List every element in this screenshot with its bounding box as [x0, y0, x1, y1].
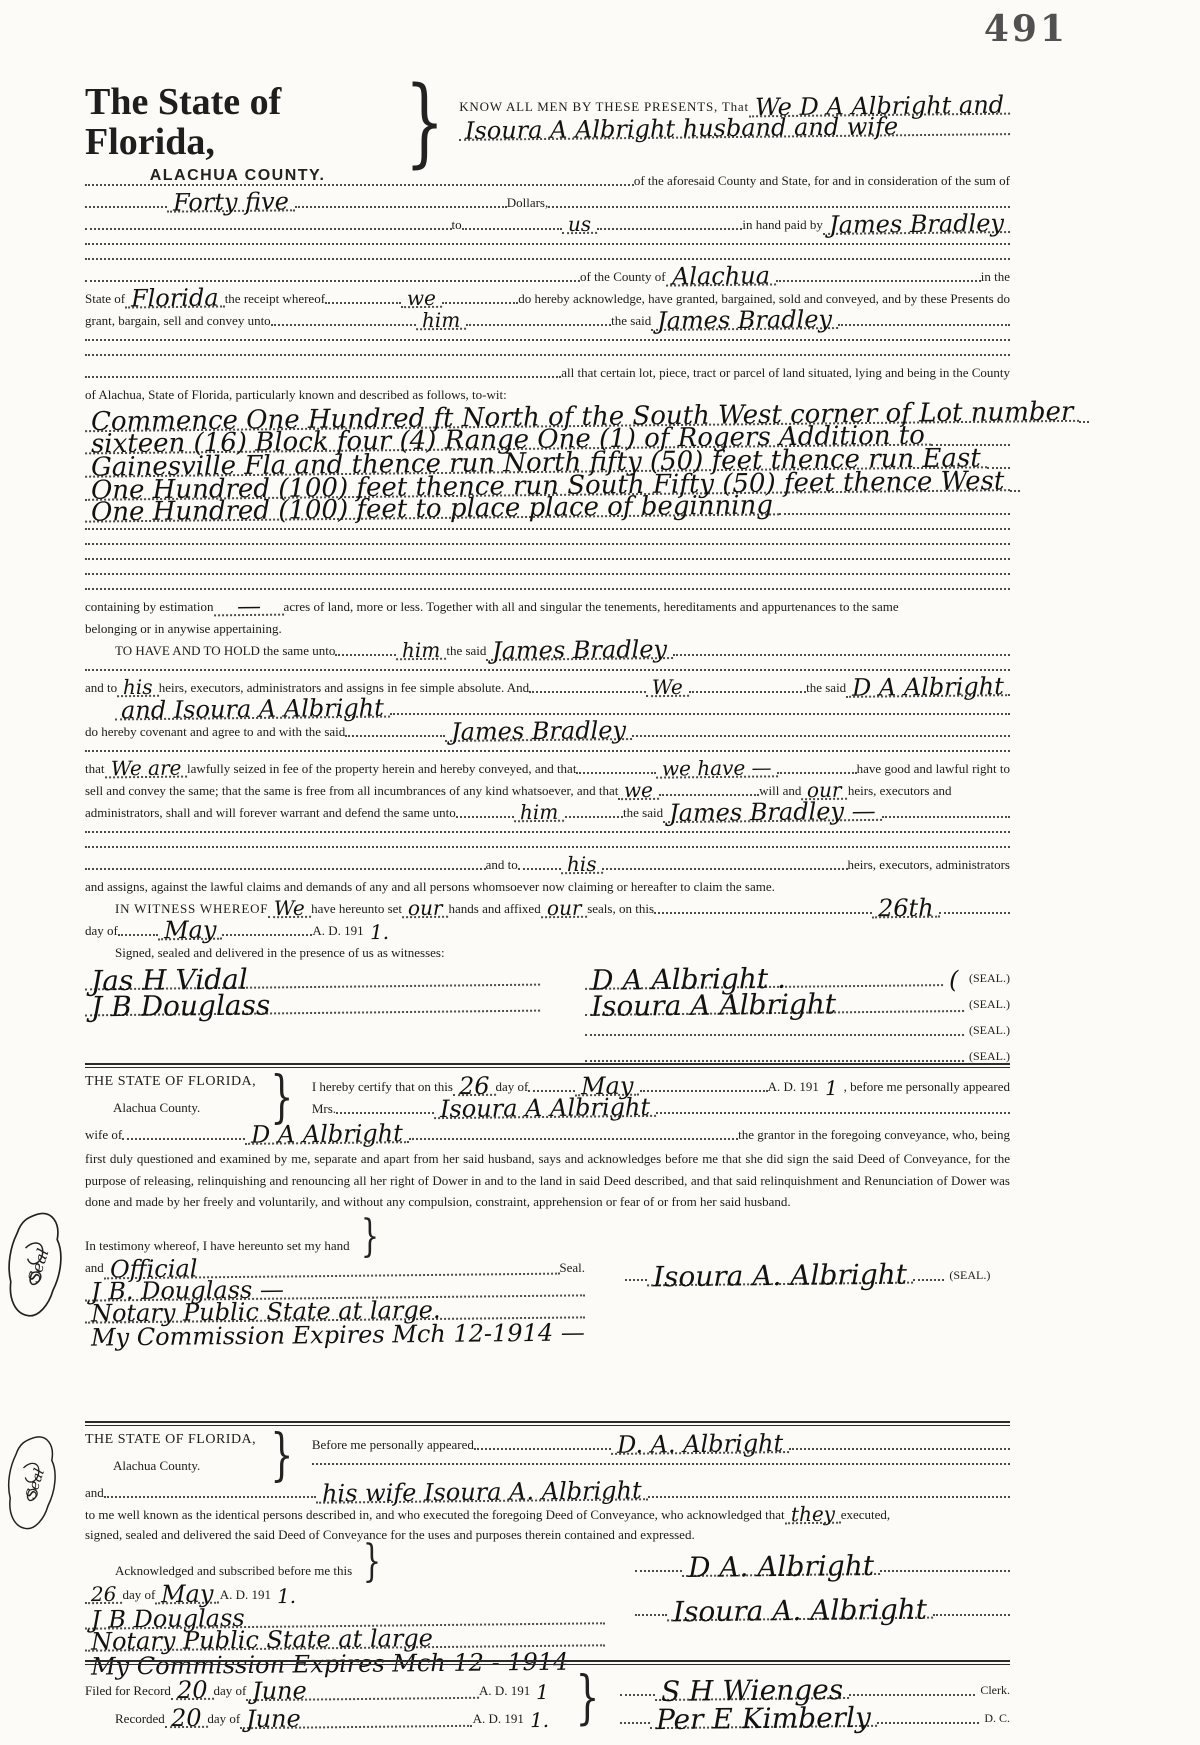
commission-handwriting: My Commission Expires Mch 12-1914 — — [85, 1326, 591, 1345]
form-line: In testimony whereof, I have hereunto se… — [85, 1219, 585, 1255]
printed-text: Signed, sealed and delivered in the pres… — [115, 945, 445, 962]
handwritten-entry: we — [618, 784, 659, 800]
printed-text: Seal. — [559, 1260, 585, 1277]
handwritten-entry: him — [416, 314, 466, 331]
seal-label: (SEAL.) — [944, 1268, 990, 1285]
printed-text: of the County of — [580, 269, 666, 286]
seal-label: (SEAL.) — [964, 971, 1010, 988]
witness-signature-area: Jas H Vidal — [85, 972, 540, 988]
form-line: TO HAVE AND TO HOLD the same unto him th… — [85, 638, 1010, 660]
printed-text: hands and affixed — [449, 901, 541, 918]
form-line: Before me personally appeared D. A. Albr… — [312, 1432, 1010, 1454]
dotted-line — [632, 735, 1010, 737]
signature-line: Isoura A. Albright — [635, 1598, 1010, 1620]
dotted-line — [85, 206, 167, 208]
dotted-line — [620, 1694, 655, 1696]
form-line: and his wife Isoura A. Albright — [85, 1480, 1010, 1502]
notary-title-line: Notary Public State at large — [85, 1627, 605, 1649]
printed-text: the said — [446, 643, 486, 660]
notary-title-line: Notary Public State at large. — [85, 1299, 585, 1321]
printed-text: A. D. 191 — [473, 1711, 524, 1728]
clerk-label: Clerk. — [975, 1683, 1010, 1700]
dotted-line — [442, 302, 518, 304]
form-line: Mrs. Isoura A Albright — [312, 1096, 1010, 1118]
dotted-line — [576, 772, 655, 774]
venue-state: THE STATE OF FLORIDA, — [85, 1432, 256, 1449]
seal-label: (SEAL.) — [964, 1023, 1010, 1040]
printed-text: A. D. 191 — [220, 1587, 271, 1604]
dotted-line — [585, 1034, 964, 1036]
dotted-line — [625, 1279, 647, 1281]
form-line: of the aforesaid County and State, for a… — [85, 168, 1010, 190]
dotted-line — [85, 558, 1010, 560]
dotted-line — [474, 1448, 611, 1450]
printed-text: belonging or in anywise appertaining. — [85, 621, 282, 638]
printed-text: I hereby certify that on this — [312, 1079, 453, 1096]
venue-brace: } — [270, 1074, 293, 1122]
printed-text: day of — [213, 1683, 246, 1700]
form-line — [85, 345, 1010, 360]
month-handwriting: June — [240, 1711, 473, 1729]
dotted-line — [409, 1138, 738, 1140]
form-line: all that certain lot, piece, tract or pa… — [85, 360, 1010, 382]
form-line — [85, 564, 1010, 579]
printed-text: have hereunto set — [311, 901, 402, 918]
dotted-line — [939, 912, 1010, 914]
dotted-line — [335, 654, 396, 656]
printed-text: day of — [207, 1711, 240, 1728]
record-brace: } — [575, 1672, 599, 1722]
printed-text: the receipt whereof — [225, 291, 325, 308]
printed-text: seals, on this — [587, 901, 654, 918]
grantee-name-handwriting: James Bradley — [823, 217, 1010, 235]
dotted-line — [1079, 421, 1089, 423]
dotted-line — [673, 654, 1010, 656]
printed-text: day of — [85, 923, 118, 940]
witness-signature-area: J B Douglass — [85, 998, 540, 1014]
signature-line: D A. Albright — [635, 1554, 1010, 1576]
grantor-name-handwriting: D. A. Albright — [611, 1437, 789, 1455]
handwritten-entry: We — [646, 681, 689, 697]
dotted-line — [659, 794, 759, 796]
seal-label: (SEAL.) — [964, 997, 1010, 1014]
dotted-line — [880, 1570, 1010, 1572]
pen-flourish: ( — [943, 974, 965, 988]
notary-signature-line: J B Douglass — [85, 1604, 605, 1627]
printed-text: the said — [611, 313, 651, 330]
deputy-signature: Per E Kimberly — [650, 1711, 877, 1729]
form-line: Forty five Dollars, — [85, 190, 1010, 212]
grantors-handwriting-2: Isoura A Albright husband and wife — [459, 119, 1010, 141]
month-handwriting: May — [158, 924, 223, 941]
section-divider — [85, 1063, 1010, 1068]
printed-text: Filed for Record — [85, 1683, 171, 1700]
grantor-name-handwriting: D A Albright — [846, 680, 1010, 698]
commission-line: My Commission Expires Mch 12-1914 — — [85, 1321, 585, 1343]
handwritten-entry: we have — — [656, 761, 778, 778]
form-line: and assigns, against the lawful claims a… — [85, 874, 1010, 896]
dotted-line — [777, 772, 856, 774]
dotted-line — [548, 206, 1010, 208]
clerk-signature: S H Wienges — [655, 1683, 849, 1701]
dotted-line — [640, 1090, 768, 1092]
dotted-line — [325, 302, 401, 304]
month-handwriting: June — [246, 1683, 479, 1701]
form-line: and to his heirs, executors, administrat… — [85, 675, 1010, 697]
venue-county: Alachua County. — [113, 1458, 256, 1475]
form-title: The State of Florida, — [85, 82, 390, 162]
clerk-line: S H Wienges Clerk. — [620, 1672, 1010, 1700]
dotted-line — [779, 513, 1010, 515]
deed-body: of the aforesaid County and State, for a… — [85, 168, 1010, 1066]
printed-text: and assigns, against the lawful claims a… — [85, 879, 775, 896]
printed-text: State of — [85, 291, 125, 308]
printed-text: first duly questioned and examined by me… — [85, 1151, 990, 1166]
dotted-line — [882, 816, 1010, 818]
margin-seal-text: Seal — [24, 1246, 53, 1285]
year-handwriting: 1. — [271, 1590, 302, 1604]
grantee-name-handwriting: James Bradley — [445, 724, 632, 742]
notary-seal-doodle-1: Seal — [2, 1208, 66, 1324]
printed-text: and — [85, 1485, 104, 1502]
year-handwriting: 1. — [524, 1714, 555, 1728]
dotted-line — [85, 354, 1010, 356]
dotted-line — [122, 1138, 245, 1140]
dotted-line — [85, 243, 1010, 245]
printed-text: executed, — [841, 1507, 890, 1524]
grantor-signature-area: Isoura A Albright (SEAL.) — [585, 997, 1010, 1014]
dotted-line — [689, 691, 806, 693]
dotted-line — [776, 280, 981, 282]
dotted-line — [602, 868, 847, 870]
amount-handwriting: Forty five — [167, 195, 295, 212]
printed-text: wife of — [85, 1127, 122, 1144]
printed-text: in the — [981, 269, 1010, 286]
dotted-line — [85, 573, 1010, 575]
acknowledgment-joint: THE STATE OF FLORIDA, Alachua County. } … — [85, 1432, 1010, 1672]
dotted-line — [85, 543, 1010, 545]
handwritten-entry: him — [396, 644, 446, 661]
printed-text: signed, sealed and delivered the said De… — [85, 1527, 695, 1544]
printed-text: of the aforesaid County and State, for a… — [634, 173, 1010, 190]
printed-text: lawfully seized in fee of the property h… — [187, 761, 576, 778]
form-line: State of Florida the receipt whereof we … — [85, 286, 1010, 308]
dotted-line — [789, 1448, 1010, 1450]
dotted-line — [345, 735, 445, 737]
dotted-line — [85, 750, 1010, 752]
legal-description-line: One Hundred (100) feet to place place of… — [85, 496, 1010, 519]
form-line: I hereby certify that on this 26 day of … — [312, 1074, 1010, 1096]
notary-seal-doodle-2: Seal — [2, 1432, 60, 1536]
printed-text: the said — [623, 805, 663, 822]
state-handwriting: Florida — [125, 291, 225, 308]
deputy-line: Per E Kimberly D. C. — [620, 1700, 1010, 1728]
form-line: administrators, shall and will forever w… — [85, 800, 1010, 822]
dotted-line — [635, 1614, 667, 1616]
form-line: and Official Seal. — [85, 1255, 585, 1277]
dotted-line — [85, 669, 1010, 671]
dotted-line — [620, 1722, 650, 1724]
printed-text: have good and lawful right to — [857, 761, 1010, 778]
printed-text: administrators, shall and will forever w… — [85, 805, 456, 822]
dotted-line — [85, 228, 452, 230]
dotted-line — [85, 868, 486, 870]
printed-text: and to — [486, 857, 518, 874]
form-line: and to his heirs, executors, administrat… — [85, 852, 1010, 874]
printed-text: of Alachua, State of Florida, particular… — [85, 387, 507, 404]
handwritten-entry: his — [561, 858, 603, 874]
printed-text: to — [452, 217, 462, 234]
recording-block: Filed for Record 20 day of June A. D. 19… — [85, 1672, 1010, 1728]
printed-text: grant, bargain, sell and convey unto — [85, 313, 271, 330]
legal-description-handwriting: One Hundred (100) feet to place place of… — [85, 499, 779, 522]
printed-text: Dollars, — [507, 195, 549, 212]
venue-block: THE STATE OF FLORIDA, Alachua County. — [85, 1074, 256, 1117]
form-line: 26 day of May A. D. 191 1. — [85, 1580, 605, 1604]
form-line — [85, 579, 1010, 594]
dotted-line — [528, 1090, 575, 1092]
handwritten-entry: — — [213, 600, 283, 617]
printed-text: and to — [85, 680, 117, 697]
year-handwriting: 1. — [364, 926, 395, 940]
printed-text: A. D. 191 — [312, 923, 363, 940]
form-line: belonging or in anywise appertaining. — [85, 616, 1010, 638]
form-line — [85, 534, 1010, 549]
day-handwriting: 26 — [85, 1588, 123, 1604]
dotted-line — [85, 588, 1010, 590]
husband-name-handwriting: D A Albright — [245, 1127, 409, 1145]
margin-seal-text: Seal — [23, 1467, 48, 1502]
page-number: 491 — [984, 8, 1068, 50]
printed-text: A. D. 191 — [479, 1683, 530, 1700]
dotted-line — [456, 816, 515, 818]
witness-signature: J B Douglass — [85, 996, 540, 1017]
form-line: day of May A. D. 191 1. — [85, 918, 1010, 940]
printed-text: and — [85, 1260, 104, 1277]
handwritten-entry: our — [541, 902, 588, 918]
dotted-line — [648, 1496, 1010, 1498]
form-line: IN WITNESS WHEREOF We have hereunto set … — [85, 896, 1010, 918]
handwritten-entry: us — [562, 218, 597, 234]
deed-document-page: 491 Seal Seal The State of Florida, ALAC… — [0, 0, 1200, 1745]
printed-text: the grantor in the foregoing conveyance,… — [738, 1127, 1010, 1144]
dotted-line — [913, 1279, 945, 1281]
section-divider — [85, 1421, 1010, 1426]
printed-text: Before me personally appeared — [312, 1437, 474, 1454]
form-line: Filed for Record 20 day of June A. D. 19… — [85, 1672, 555, 1700]
printed-text: heirs, executors, administrators — [848, 857, 1010, 874]
section-divider — [85, 1660, 1010, 1665]
dotted-line — [85, 528, 1010, 530]
form-line: Acknowledged and subscribed before me th… — [85, 1544, 605, 1580]
grantor-signature: Isoura A Albright — [585, 996, 964, 1016]
acknowledgment-dower: THE STATE OF FLORIDA, Alachua County. } … — [85, 1074, 1010, 1343]
form-line: Recorded 20 day of June A. D. 191 1. — [85, 1700, 555, 1728]
printed-text: , before me personally appeared — [844, 1079, 1010, 1096]
printed-text: TO HAVE AND TO HOLD the same unto — [115, 643, 335, 660]
wife-name-handwriting: his wife Isoura A. Albright — [316, 1484, 648, 1503]
dotted-line — [104, 1496, 316, 1498]
form-line — [85, 837, 1010, 852]
form-line — [85, 249, 1010, 264]
printed-text: Acknowledged and subscribed before me th… — [115, 1563, 352, 1580]
dotted-line — [585, 1060, 964, 1062]
grantor-signature-area: D A Albright . ( (SEAL.) — [585, 971, 1010, 988]
printed-text: acres of land, more or less. Together wi… — [284, 599, 899, 616]
acknowledgment-paragraph: first duly questioned and examined by me… — [85, 1148, 1010, 1213]
printed-text: do hereby covenant and agree to and with… — [85, 724, 345, 741]
handwritten-entry: they — [785, 1508, 841, 1525]
spacer — [625, 1219, 1010, 1263]
printed-text: the said — [806, 680, 846, 697]
dotted-line — [597, 228, 742, 230]
month-handwriting: May — [155, 1588, 220, 1605]
form-line: grant, bargain, sell and convey unto him… — [85, 308, 1010, 330]
printed-text: all that certain lot, piece, tract or pa… — [561, 365, 1010, 382]
dotted-line — [462, 228, 563, 230]
grantor-name-handwriting: and Isoura A Albright — [115, 702, 390, 721]
dotted-line — [118, 934, 158, 936]
grantee-name-handwriting: James Bradley — [486, 643, 673, 661]
venue-county: Alachua County. — [113, 1100, 256, 1117]
dotted-line — [849, 1694, 975, 1696]
printed-text: Mrs. — [312, 1101, 336, 1118]
printed-text: containing by estimation — [85, 599, 214, 616]
testimony-brace: } — [361, 1219, 379, 1255]
dotted-line — [933, 1614, 1010, 1616]
county-handwriting: Alachua — [665, 269, 775, 286]
venue-brace: } — [270, 1432, 293, 1480]
dotted-line — [85, 831, 1010, 833]
grantor-signature: Isoura A. Albright — [667, 1603, 933, 1622]
printed-text: to me well known as the identical person… — [85, 1507, 785, 1524]
dotted-line — [529, 691, 646, 693]
day-handwriting: 26th — [872, 902, 940, 919]
dotted-line — [85, 258, 1010, 260]
grantor-signature: D A Albright . — [585, 970, 943, 990]
printed-text: that — [85, 761, 105, 778]
grantee-name-handwriting: James Bradley — — [663, 805, 882, 823]
dotted-line — [85, 280, 580, 282]
dotted-line — [295, 206, 507, 208]
dotted-line — [85, 184, 634, 186]
witness-signature: Jas H Vidal — [85, 970, 540, 991]
dotted-line — [222, 934, 312, 936]
dotted-line — [1010, 490, 1020, 492]
handwritten-entry: our — [402, 902, 449, 918]
signature-line: Isoura A. Albright (SEAL.) — [625, 1263, 1010, 1285]
venue-block: THE STATE OF FLORIDA, Alachua County. — [85, 1432, 256, 1475]
form-line: of the County of Alachua in the — [85, 264, 1010, 286]
form-line: wife of D A Albright the grantor in the … — [85, 1122, 1010, 1144]
handwritten-entry: him — [514, 806, 564, 823]
year-handwriting: 1 — [819, 1082, 844, 1096]
deputy-label: D. C. — [979, 1711, 1010, 1728]
grantor-signature: D A. Albright — [682, 1559, 880, 1577]
dotted-line — [518, 868, 561, 870]
dotted-line — [838, 324, 1010, 326]
form-line — [85, 330, 1010, 345]
handwritten-entry: We are — [104, 762, 187, 779]
grantor-signature: Isoura A. Albright — [647, 1267, 913, 1286]
dotted-line — [390, 713, 1010, 715]
form-line: containing by estimation — acres of land… — [85, 594, 1010, 616]
dotted-line — [656, 1112, 1010, 1114]
form-line: Signed, sealed and delivered in the pres… — [85, 940, 1010, 962]
handwritten-entry: we — [401, 292, 442, 308]
dotted-line — [85, 339, 1010, 341]
form-line — [85, 549, 1010, 564]
dotted-line — [466, 324, 611, 326]
printed-text: Recorded — [115, 1711, 165, 1728]
dotted-line — [85, 846, 1010, 848]
printed-text: sell and convey the same; that the same … — [85, 783, 618, 800]
dotted-line — [271, 324, 416, 326]
signature-line: J B Douglass Isoura A Albright (SEAL.) — [85, 988, 1010, 1014]
printed-text: day of — [122, 1587, 155, 1604]
form-line: that We are lawfully seized in fee of th… — [85, 756, 1010, 778]
wife-name-handwriting: Isoura A Albright — [434, 1101, 656, 1119]
day-handwriting: 20 — [171, 1684, 214, 1700]
printed-text: in hand paid by — [742, 217, 823, 234]
dotted-line — [654, 912, 872, 914]
handwritten-entry: We — [268, 902, 311, 918]
year-handwriting: 1 — [530, 1686, 555, 1700]
grantee-name-handwriting: James Bradley — [651, 313, 838, 331]
handwritten-entry: his — [117, 681, 159, 697]
dotted-line — [565, 816, 624, 818]
form-line: signed, sealed and delivered the said De… — [85, 1524, 1010, 1544]
dotted-line — [635, 1570, 682, 1572]
signature-line: Jas H Vidal D A Albright . ( (SEAL.) — [85, 962, 1010, 988]
dotted-line — [85, 376, 561, 378]
dotted-line — [877, 1722, 979, 1724]
day-handwriting: 20 — [165, 1712, 208, 1728]
printed-text: A. D. 191 — [768, 1079, 819, 1096]
venue-state: THE STATE OF FLORIDA, — [85, 1074, 256, 1091]
dotted-line — [336, 1112, 434, 1114]
notary-signature-line: J B. Douglass — — [85, 1277, 585, 1299]
ack-brace: } — [363, 1544, 381, 1580]
dotted-line — [312, 1463, 1010, 1465]
printed-text: In testimony whereof, I have hereunto se… — [85, 1238, 350, 1255]
